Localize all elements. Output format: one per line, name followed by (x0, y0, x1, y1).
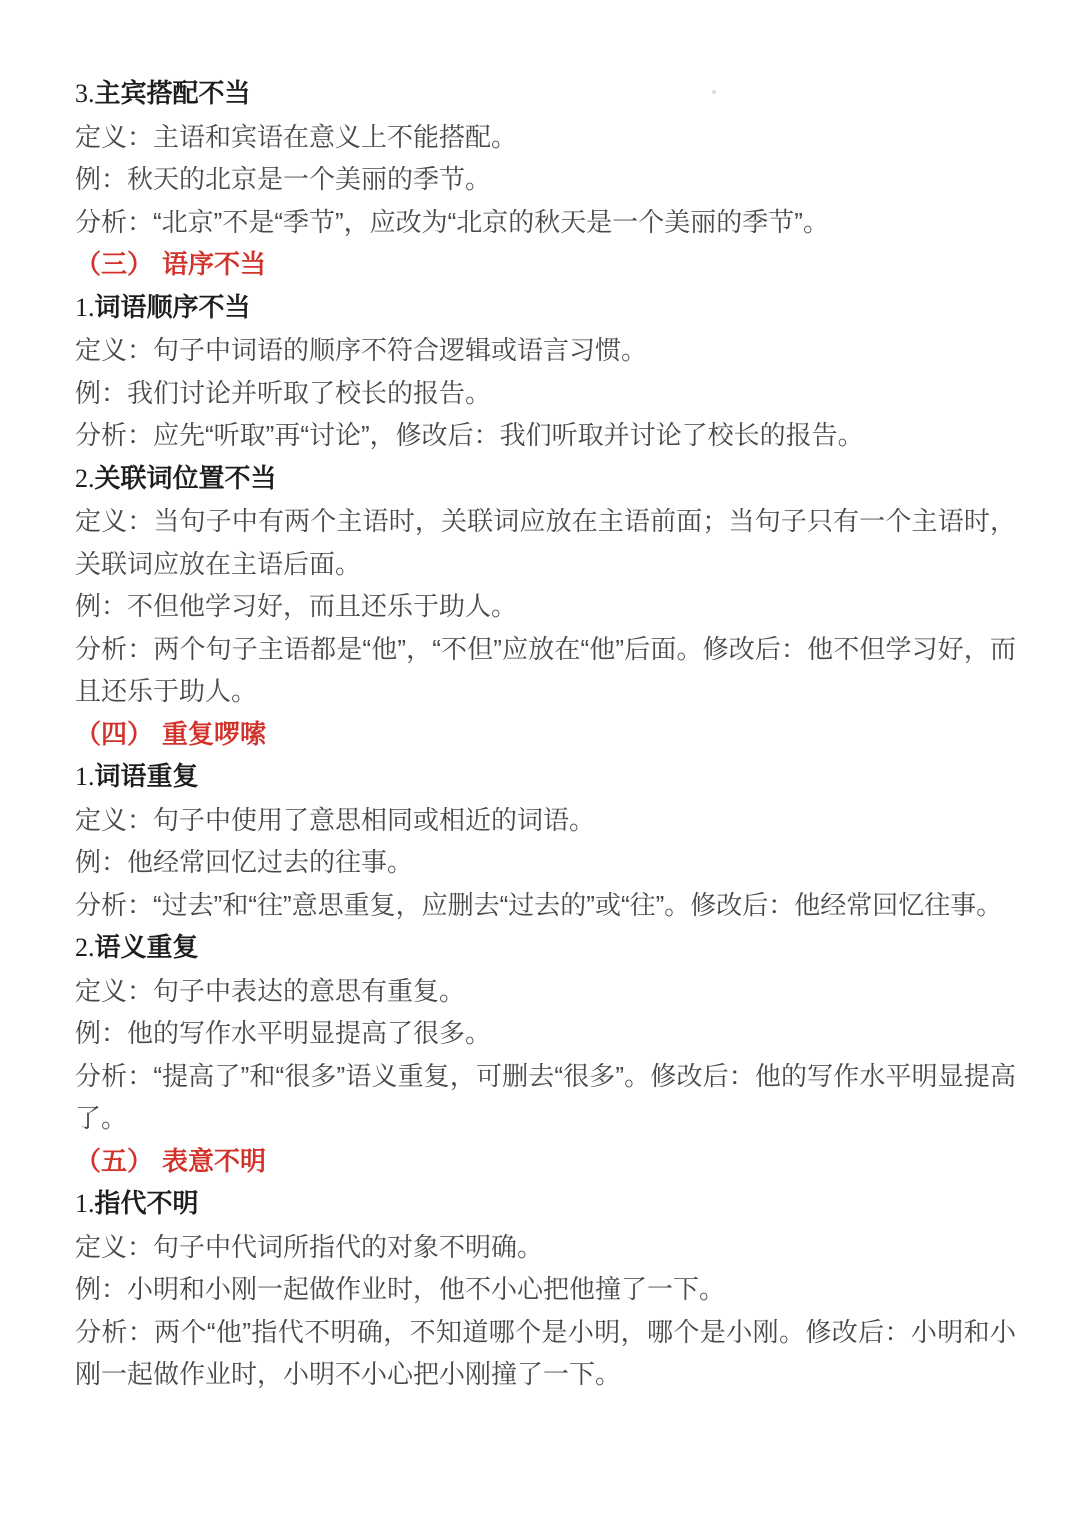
body-paragraph: 例：不但他学习好，而且还乐于助人。 (75, 585, 1016, 628)
subheading-title: 关联词位置不当 (95, 463, 277, 493)
subheading: 3.主宾搭配不当 (75, 72, 1016, 116)
body-paragraph: 定义：当句子中有两个主语时，关联词应放在主语前面；当句子只有一个主语时，关联词应… (75, 500, 1016, 585)
subheading-title: 指代不明 (95, 1188, 199, 1218)
body-paragraph: 分析：“提高了”和“很多”语义重复，可删去“很多”。修改后：他的写作水平明显提高… (75, 1055, 1016, 1140)
section-number: （四） (75, 719, 153, 749)
body-paragraph: 例：他的写作水平明显提高了很多。 (75, 1012, 1016, 1055)
body-paragraph: 分析：两个“他”指代不明确，不知道哪个是小明，哪个是小刚。修改后：小明和小刚一起… (75, 1311, 1016, 1396)
subheading: 1.词语顺序不当 (75, 286, 1016, 330)
section-title: 表意不明 (162, 1146, 266, 1176)
body-paragraph: 例：秋天的北京是一个美丽的季节。 (75, 158, 1016, 201)
subheading-number: 2. (75, 464, 95, 493)
body-paragraph: 例：我们讨论并听取了校长的报告。 (75, 372, 1016, 415)
body-paragraph: 定义：主语和宾语在意义上不能搭配。 (75, 116, 1016, 159)
subheading-title: 词语重复 (95, 761, 199, 791)
subheading-number: 2. (75, 933, 95, 962)
subheading-title: 主宾搭配不当 (95, 78, 251, 108)
subheading: 2.关联词位置不当 (75, 457, 1016, 501)
body-paragraph: 定义：句子中表达的意思有重复。 (75, 970, 1016, 1013)
subheading-number: 1. (75, 293, 95, 322)
body-paragraph: 分析：两个句子主语都是“他”，“不但”应放在“他”后面。修改后：他不但学习好，而… (75, 628, 1016, 713)
body-paragraph: 分析：“北京”不是“季节”，应改为“北京的秋天是一个美丽的季节”。 (75, 201, 1016, 244)
section-number: （五） (75, 1146, 153, 1176)
document-content: 3.主宾搭配不当 定义：主语和宾语在意义上不能搭配。 例：秋天的北京是一个美丽的… (75, 72, 1016, 1396)
document-page: 3.主宾搭配不当 定义：主语和宾语在意义上不能搭配。 例：秋天的北京是一个美丽的… (0, 0, 1080, 1527)
subheading-title: 语义重复 (95, 932, 199, 962)
body-paragraph: 分析：“过去”和“往”意思重复，应删去“过去的”或“往”。修改后：他经常回忆往事… (75, 884, 1016, 927)
subheading-number: 3. (75, 79, 95, 108)
section-title: 重复啰嗦 (162, 719, 266, 749)
subheading-number: 1. (75, 1189, 95, 1218)
subheading: 1.指代不明 (75, 1182, 1016, 1226)
subheading-title: 词语顺序不当 (95, 292, 251, 322)
subheading: 1.词语重复 (75, 755, 1016, 799)
body-paragraph: 定义：句子中词语的顺序不符合逻辑或语言习惯。 (75, 329, 1016, 372)
section-number: （三） (75, 249, 153, 279)
section-title: 语序不当 (162, 249, 266, 279)
body-paragraph: 分析：应先“听取”再“讨论”，修改后：我们听取并讨论了校长的报告。 (75, 414, 1016, 457)
body-paragraph: 定义：句子中代词所指代的对象不明确。 (75, 1226, 1016, 1269)
subheading-number: 1. (75, 762, 95, 791)
section-heading: （四）重复啰嗦 (75, 713, 1016, 756)
section-heading: （五）表意不明 (75, 1140, 1016, 1183)
subheading: 2.语义重复 (75, 926, 1016, 970)
body-paragraph: 例：小明和小刚一起做作业时，他不小心把他撞了一下。 (75, 1268, 1016, 1311)
body-paragraph: 例：他经常回忆过去的往事。 (75, 841, 1016, 884)
body-paragraph: 定义：句子中使用了意思相同或相近的词语。 (75, 799, 1016, 842)
section-heading: （三）语序不当 (75, 243, 1016, 286)
